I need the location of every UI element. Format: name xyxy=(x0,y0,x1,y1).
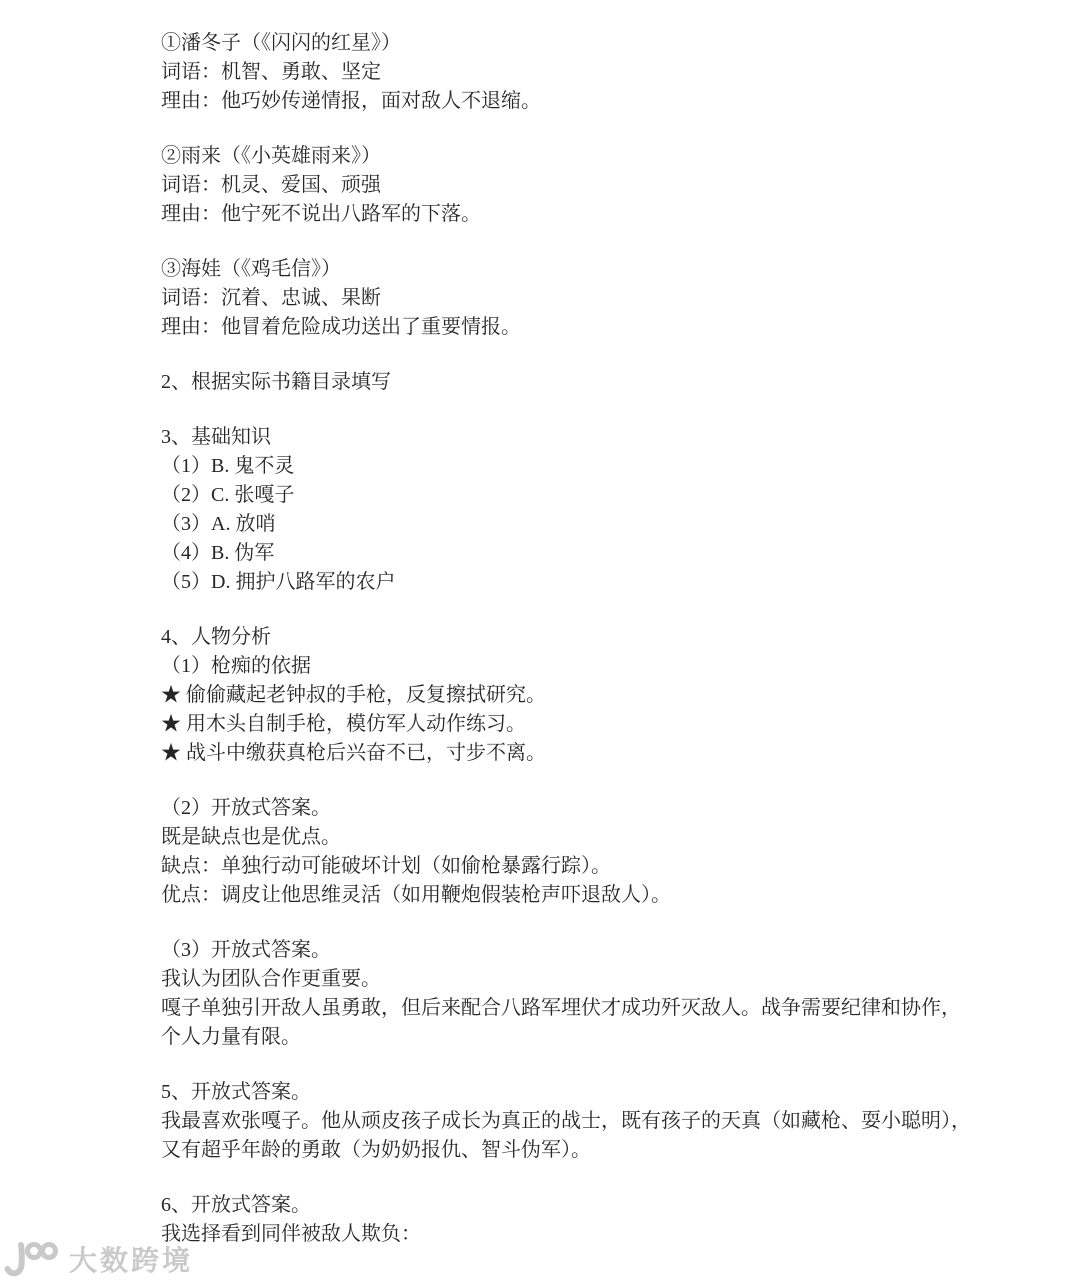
watermark-text: 大数跨境 xyxy=(69,1239,193,1279)
text-block: （3）开放式答案。我认为团队合作更重要。嘎子单独引开敌人虽勇敢，但后来配合八路军… xyxy=(161,936,1041,1052)
text-line: （2）C. 张嘎子 xyxy=(161,481,1041,510)
watermark: 大数跨境 xyxy=(4,1238,193,1280)
text-block: 3、基础知识（1）B. 鬼不灵（2）C. 张嘎子（3）A. 放哨（4）B. 伪军… xyxy=(161,423,1041,597)
text-block: 5、开放式答案。我最喜欢张嘎子。他从顽皮孩子成长为真正的战士，既有孩子的天真（如… xyxy=(161,1078,1041,1165)
text-line: 个人力量有限。 xyxy=(161,1023,1041,1052)
text-line: 2、根据实际书籍目录填写 xyxy=(161,368,1041,397)
text-line: 5、开放式答案。 xyxy=(161,1078,1041,1107)
text-line: 词语：沉着、忠诚、果断 xyxy=(161,284,1041,313)
text-line: ★ 用木头自制手枪，模仿军人动作练习。 xyxy=(161,710,1041,739)
text-line: 4、人物分析 xyxy=(161,623,1041,652)
text-block: 2、根据实际书籍目录填写 xyxy=(161,368,1041,397)
document-page: ①潘冬子（《闪闪的红星》）词语：机智、勇敢、坚定理由：他巧妙传递情报，面对敌人不… xyxy=(0,0,1080,1282)
text-line: 词语：机智、勇敢、坚定 xyxy=(161,58,1041,87)
brand-logo-icon xyxy=(4,1238,62,1280)
text-line: 既是缺点也是优点。 xyxy=(161,823,1041,852)
text-line: 嘎子单独引开敌人虽勇敢，但后来配合八路军埋伏才成功歼灭敌人。战争需要纪律和协作， xyxy=(161,994,1041,1023)
text-line: 我认为团队合作更重要。 xyxy=(161,965,1041,994)
text-line: ③海娃（《鸡毛信》） xyxy=(161,255,1041,284)
text-line: 我选择看到同伴被敌人欺负： xyxy=(161,1220,1041,1249)
text-block: ③海娃（《鸡毛信》）词语：沉着、忠诚、果断理由：他冒着危险成功送出了重要情报。 xyxy=(161,255,1041,342)
text-block: （2）开放式答案。既是缺点也是优点。缺点：单独行动可能破坏计划（如偷枪暴露行踪）… xyxy=(161,794,1041,910)
text-line: （3）开放式答案。 xyxy=(161,936,1041,965)
text-line: ②雨来（《小英雄雨来》） xyxy=(161,142,1041,171)
text-line: 理由：他宁死不说出八路军的下落。 xyxy=(161,200,1041,229)
document-body: ①潘冬子（《闪闪的红星》）词语：机智、勇敢、坚定理由：他巧妙传递情报，面对敌人不… xyxy=(161,29,1041,1249)
text-block: 4、人物分析（1）枪痴的依据★ 偷偷藏起老钟叔的手枪，反复擦拭研究。★ 用木头自… xyxy=(161,623,1041,768)
text-line: ★ 战斗中缴获真枪后兴奋不已，寸步不离。 xyxy=(161,739,1041,768)
text-line: 又有超乎年龄的勇敢（为奶奶报仇、智斗伪军）。 xyxy=(161,1136,1041,1165)
text-line: ①潘冬子（《闪闪的红星》） xyxy=(161,29,1041,58)
text-line: （1）B. 鬼不灵 xyxy=(161,452,1041,481)
text-block: ①潘冬子（《闪闪的红星》）词语：机智、勇敢、坚定理由：他巧妙传递情报，面对敌人不… xyxy=(161,29,1041,116)
text-line: 缺点：单独行动可能破坏计划（如偷枪暴露行踪）。 xyxy=(161,852,1041,881)
text-line: 理由：他冒着危险成功送出了重要情报。 xyxy=(161,313,1041,342)
text-line: 6、开放式答案。 xyxy=(161,1191,1041,1220)
text-block: ②雨来（《小英雄雨来》）词语：机灵、爱国、顽强理由：他宁死不说出八路军的下落。 xyxy=(161,142,1041,229)
text-line: 理由：他巧妙传递情报，面对敌人不退缩。 xyxy=(161,87,1041,116)
text-block: 6、开放式答案。我选择看到同伴被敌人欺负： xyxy=(161,1191,1041,1249)
text-line: （1）枪痴的依据 xyxy=(161,652,1041,681)
text-line: （3）A. 放哨 xyxy=(161,510,1041,539)
text-line: （2）开放式答案。 xyxy=(161,794,1041,823)
text-line: 3、基础知识 xyxy=(161,423,1041,452)
text-line: 词语：机灵、爱国、顽强 xyxy=(161,171,1041,200)
text-line: ★ 偷偷藏起老钟叔的手枪，反复擦拭研究。 xyxy=(161,681,1041,710)
text-line: （4）B. 伪军 xyxy=(161,539,1041,568)
text-line: （5）D. 拥护八路军的农户 xyxy=(161,568,1041,597)
text-line: 优点：调皮让他思维灵活（如用鞭炮假装枪声吓退敌人）。 xyxy=(161,881,1041,910)
text-line: 我最喜欢张嘎子。他从顽皮孩子成长为真正的战士，既有孩子的天真（如藏枪、耍小聪明）… xyxy=(161,1107,1041,1136)
